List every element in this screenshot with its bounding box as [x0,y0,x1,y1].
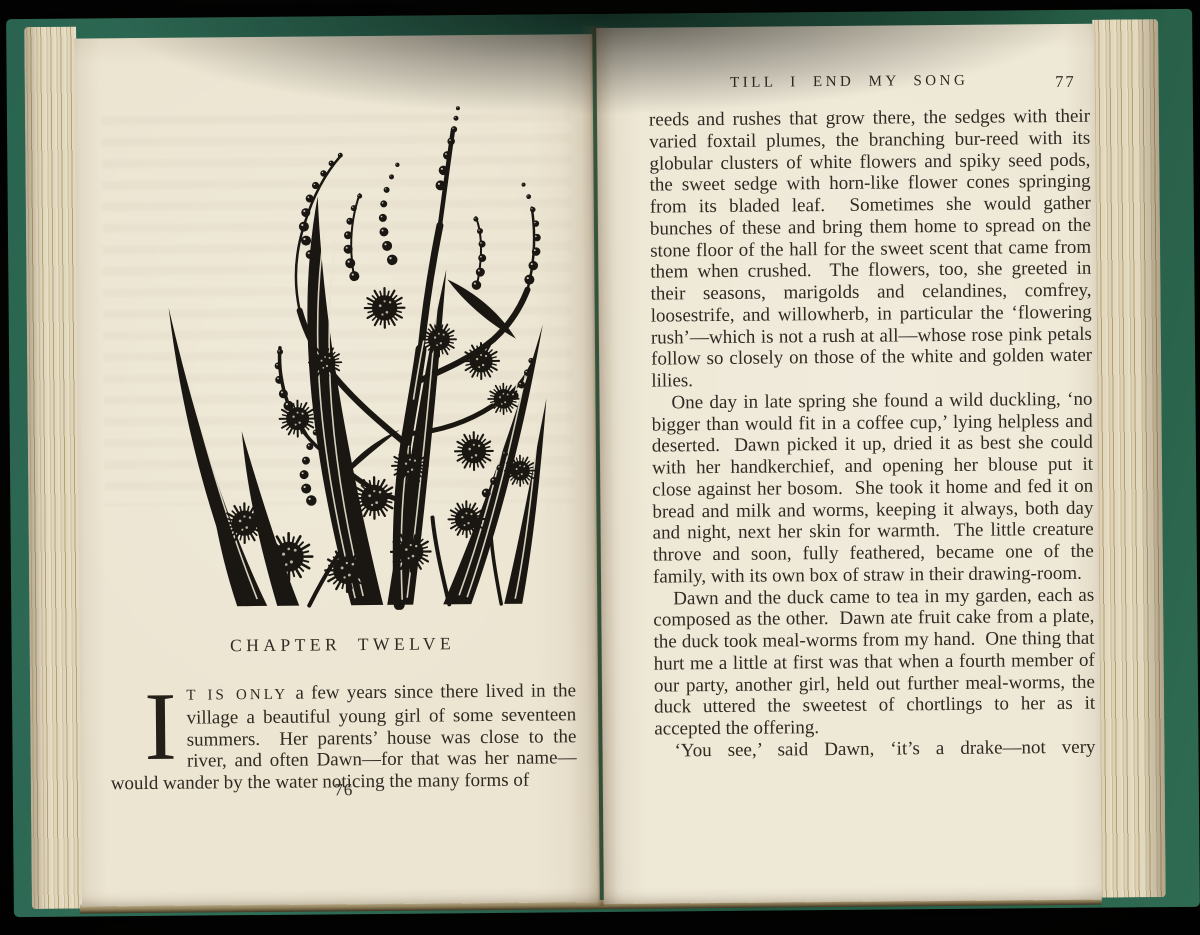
paragraph: ‘You see,’ said Dawn, ‘it’s a drake—not … [654,736,1095,762]
page-number-left: 76 [111,778,577,802]
page-number-right: 77 [1055,72,1076,92]
drop-cap: I [144,687,177,771]
running-header: TILL I END MY SONG [649,72,1050,92]
paragraph: reeds and rushes that grow there, the se… [649,106,1092,393]
opening-small-caps: T IS ONLY [186,687,288,704]
right-page: TILL I END MY SONG 77 reeds and rushes t… [596,24,1102,904]
photo-background: CHAPTER TWELVE IT IS ONLY a few years si… [0,0,1200,935]
page-edges-right [1092,19,1166,898]
paragraph: Dawn and the duck came to tea in my gard… [653,584,1095,740]
left-page: CHAPTER TWELVE IT IS ONLY a few years si… [74,34,600,906]
opening-text: a few years since there lived in the vil… [111,680,577,794]
running-header-row: TILL I END MY SONG 77 [649,72,1090,98]
bur-reed-woodcut-illustration [145,98,555,612]
open-book: CHAPTER TWELVE IT IS ONLY a few years si… [6,9,1200,917]
paragraph: One day in late spring she found a wild … [651,388,1094,588]
body-text: reeds and rushes that grow there, the se… [649,106,1096,762]
chapter-heading: CHAPTER TWELVE [109,632,575,657]
